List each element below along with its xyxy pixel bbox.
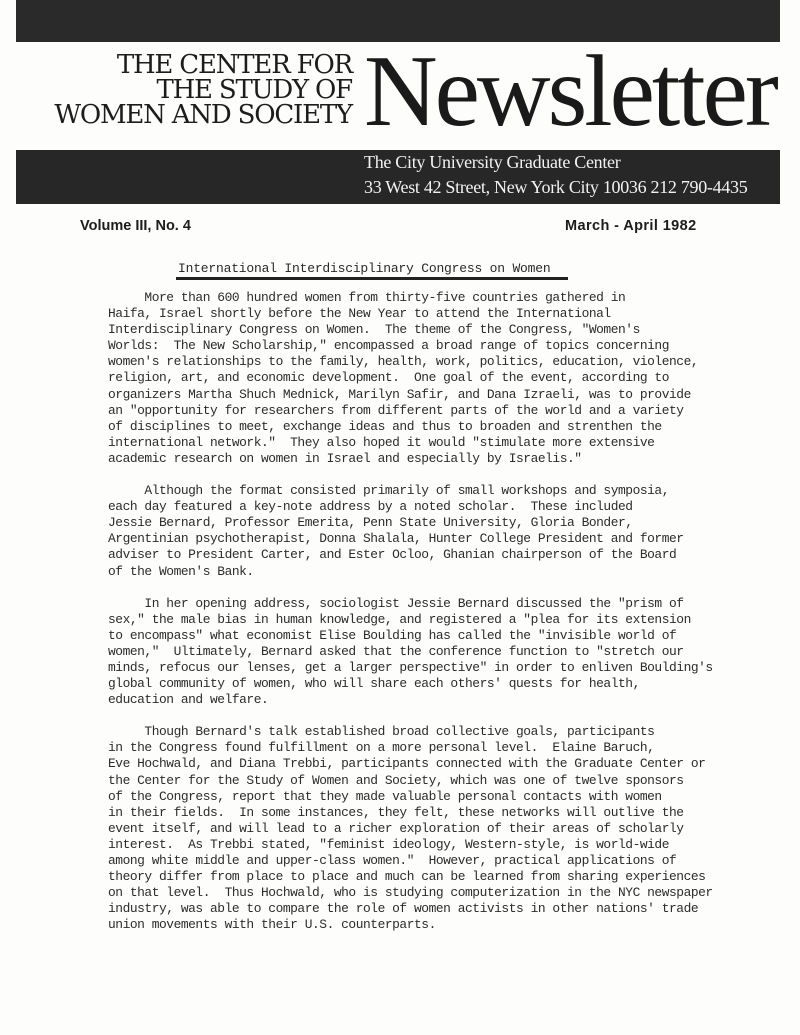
paragraph-line: international network." They also hoped … xyxy=(108,435,798,451)
paragraph-line: in their fields. In some instances, they… xyxy=(108,805,798,821)
organization-name: THE CENTER FOR THE STUDY OF WOMEN AND SO… xyxy=(16,53,352,128)
article-paragraph: Though Bernard's talk established broad … xyxy=(108,724,798,933)
paragraph-line: women's relationships to the family, hea… xyxy=(108,354,798,370)
paragraph-line: to encompass" what economist Elise Bould… xyxy=(108,628,798,644)
paragraph-line: theory differ from place to place and mu… xyxy=(108,869,798,885)
paragraph-line: Worlds: The New Scholarship," encompasse… xyxy=(108,338,798,354)
paragraph-line: interest. As Trebbi stated, "feminist id… xyxy=(108,837,798,853)
article-paragraph: In her opening address, sociologist Jess… xyxy=(108,596,798,709)
paragraph-line: global community of women, who will shar… xyxy=(108,676,798,692)
paragraph-line: of disciplines to meet, exchange ideas a… xyxy=(108,419,798,435)
paragraph-line: an "opportunity for researchers from dif… xyxy=(108,403,798,419)
institution-name: The City University Graduate Center xyxy=(364,152,620,173)
paragraph-line: among white middle and upper-class women… xyxy=(108,853,798,869)
paragraph-line: women," Ultimately, Bernard asked that t… xyxy=(108,644,798,660)
paragraph-line: Although the format consisted primarily … xyxy=(108,483,798,499)
paragraph-line: adviser to President Carter, and Ester O… xyxy=(108,547,798,563)
paragraph-line: Jessie Bernard, Professor Emerita, Penn … xyxy=(108,515,798,531)
paragraph-line: industry, was able to compare the role o… xyxy=(108,901,798,917)
paragraph-line: More than 600 hundred women from thirty-… xyxy=(108,290,798,306)
newsletter-title: Newsletter xyxy=(364,32,776,152)
volume-number: Volume III, No. 4 xyxy=(80,218,191,234)
paragraph-line: the Center for the Study of Women and So… xyxy=(108,773,798,789)
title-underline xyxy=(176,277,568,280)
article-paragraph: Although the format consisted primarily … xyxy=(108,483,798,580)
institution-address: 33 West 42 Street, New York City 10036 2… xyxy=(364,177,747,198)
paragraph-line: Eve Hochwald, and Diana Trebbi, particip… xyxy=(108,756,798,772)
paragraph-line: Haifa, Israel shortly before the New Yea… xyxy=(108,306,798,322)
paragraph-line: union movements with their U.S. counterp… xyxy=(108,917,798,933)
paragraph-line: education and welfare. xyxy=(108,692,798,708)
article-body: More than 600 hundred women from thirty-… xyxy=(108,290,798,949)
article-paragraph: More than 600 hundred women from thirty-… xyxy=(108,290,798,467)
paragraph-line: of the Women's Bank. xyxy=(108,564,798,580)
paragraph-line: minds, refocus our lenses, get a larger … xyxy=(108,660,798,676)
paragraph-line: sex," the male bias in human knowledge, … xyxy=(108,612,798,628)
paragraph-line: Interdisciplinary Congress on Women. The… xyxy=(108,322,798,338)
paragraph-line: In her opening address, sociologist Jess… xyxy=(108,596,798,612)
paragraph-line: on that level. Thus Hochwald, who is stu… xyxy=(108,885,798,901)
paragraph-line: religion, art, and economic development.… xyxy=(108,370,798,386)
article-title: International Interdisciplinary Congress… xyxy=(178,261,550,276)
paragraph-line: Argentinian psychotherapist, Donna Shala… xyxy=(108,531,798,547)
paragraph-line: each day featured a key-note address by … xyxy=(108,499,798,515)
paragraph-line: event itself, and will lead to a richer … xyxy=(108,821,798,837)
paragraph-line: Though Bernard's talk established broad … xyxy=(108,724,798,740)
organization-name-line: WOMEN AND SOCIETY xyxy=(16,103,352,128)
issue-date: March - April 1982 xyxy=(565,218,697,234)
paragraph-line: in the Congress found fulfillment on a m… xyxy=(108,740,798,756)
paragraph-line: organizers Martha Shuch Mednick, Marilyn… xyxy=(108,387,798,403)
paragraph-line: of the Congress, report that they made v… xyxy=(108,789,798,805)
paragraph-line: academic research on women in Israel and… xyxy=(108,451,798,467)
